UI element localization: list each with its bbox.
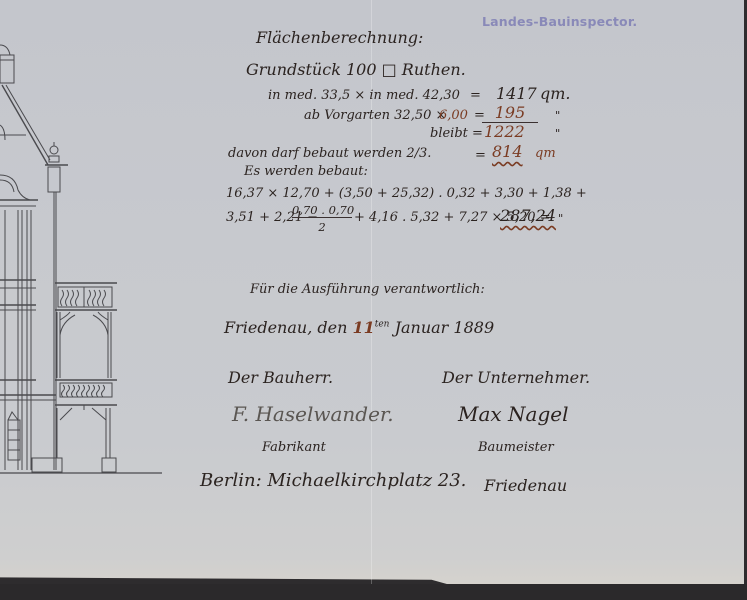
formula-fraction-denominator: 2 <box>292 220 352 234</box>
owner-occupation: Fabrikant <box>262 440 326 455</box>
formula-fraction-numerator: 0,70 . 0,70 <box>292 203 352 218</box>
owner-signature: F. Haselwander. <box>232 402 394 426</box>
calc-line3-unit: " <box>555 126 560 140</box>
owner-address: Berlin: Michaelkirchplatz 23. <box>200 470 466 491</box>
calculation-title: Flächenberechnung: <box>256 28 423 47</box>
calc-line1-unit: qm. <box>540 84 571 103</box>
calc-line3-value: 1222 <box>484 122 525 141</box>
calc-line1-eq: = <box>470 88 481 103</box>
place-date: Friedenau, den 11ten Januar 1889 <box>224 318 494 337</box>
calc-line1-expr: in med. 33,5 × in med. 42,30 <box>268 88 460 103</box>
place-date-suffix: Januar 1889 <box>389 318 494 337</box>
calc-line4-expr: davon darf bebaut werden 2/3. <box>228 146 431 161</box>
calc-line3-expr: bleibt <box>430 126 468 141</box>
calc-line3-eq: = <box>472 126 483 141</box>
formula-line1: 16,37 × 12,70 + (3,50 + 25,32) . 0,32 + … <box>226 186 587 201</box>
owner-label: Der Bauherr. <box>228 368 333 387</box>
built-area-label: Es werden bebaut: <box>244 164 368 179</box>
inspector-stamp: Landes-Bauinspector. <box>482 14 637 29</box>
scan-background-edge <box>0 584 747 600</box>
contractor-occupation: Baumeister <box>478 440 554 455</box>
calc-line2-expr: ab Vorgarten 32,50 × <box>304 108 446 123</box>
calc-line4-value: 814 <box>492 142 523 161</box>
date-day-suffix: ten <box>375 320 390 330</box>
building-elevation-drawing <box>0 0 180 480</box>
calc-line2-unit: " <box>555 108 560 122</box>
calc-line4-unit: qm <box>535 146 556 161</box>
formula-result: 287,24 <box>500 206 556 225</box>
contractor-signature: Max Nagel <box>458 402 569 426</box>
formula-result-unit: " <box>558 211 563 225</box>
responsibility-statement: Für die Ausführung verantwortlich: <box>250 282 485 297</box>
plot-size: Grundstück 100 □ Ruthen. <box>246 60 466 79</box>
contractor-place: Friedenau <box>484 476 567 495</box>
calc-line2-factor: 6,00 <box>439 108 468 123</box>
calc-line1-value: 1417 <box>496 84 537 103</box>
contractor-label: Der Unternehmer. <box>442 368 590 387</box>
calc-line4-eq: = <box>475 148 486 163</box>
calc-line2-value: 195 <box>482 103 538 123</box>
place-date-prefix: Friedenau, den <box>224 318 352 337</box>
date-day: 11 <box>352 318 374 337</box>
